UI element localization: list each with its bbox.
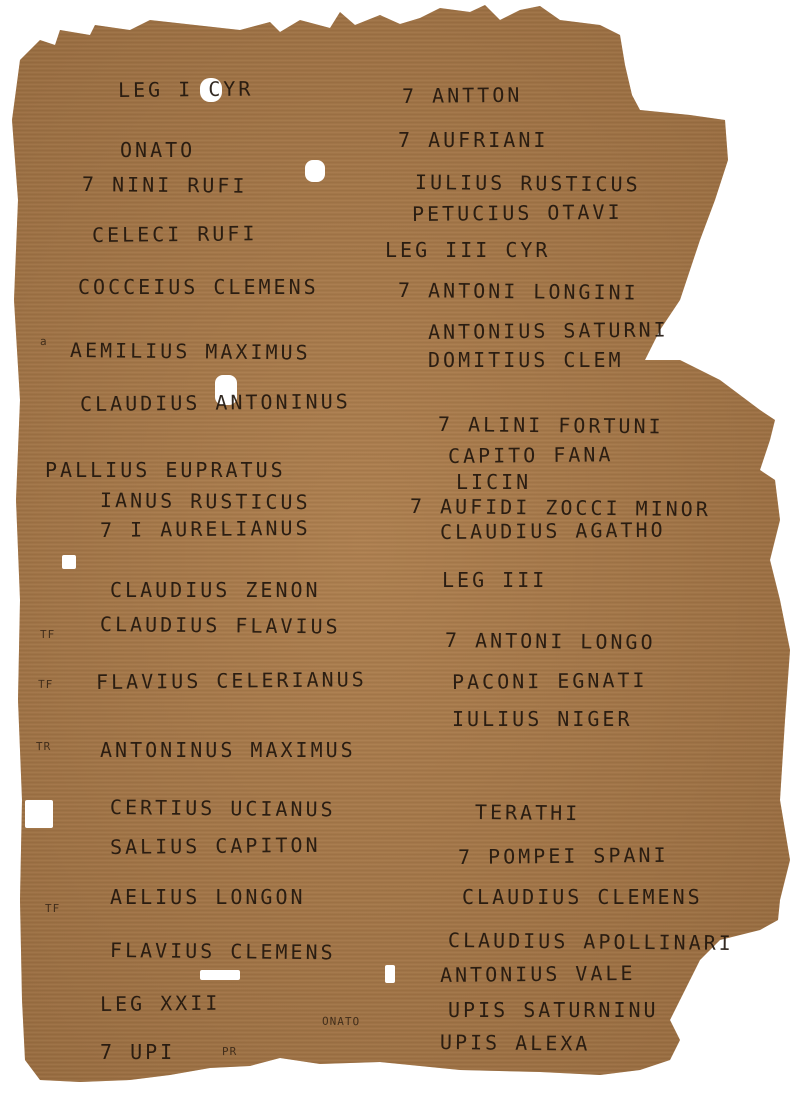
inscription-line: CLAUDIUS CLEMENS [462,885,703,909]
inscription-line: PACONI EGNATI [452,668,648,694]
inscription-line: 7 UPI [100,1040,175,1064]
papyrus-hole [385,965,395,983]
inscription-line: IULIUS RUSTICUS [415,170,641,196]
inscription-line: CELECI RUFI [92,221,258,247]
inscription-line: LICIN [456,470,531,494]
inscription-line: PR [222,1045,237,1058]
inscription-line: LEG III [442,568,547,592]
inscription-line: 7 NINI RUFI [82,172,248,198]
inscription-line: FLAVIUS CLEMENS [110,938,336,964]
inscription-line: UPIS ALEXA [440,1030,591,1056]
inscription-line: ONATO [322,1015,360,1028]
inscription-line: ANTONIUS VALE [440,961,636,987]
inscription-line: IANUS RUSTICUS [100,488,311,514]
inscription-line: FLAVIUS CELERIANUS [96,667,367,694]
inscription-line: 7 ALINI FORTUNI [438,412,664,438]
inscription-line: TF [38,678,53,691]
inscription-line: 7 ANTTON [402,83,523,108]
inscription-line: TF [45,902,60,915]
inscription-line: CAPITO FANA [448,442,614,468]
inscription-line: PETUCIUS OTAVI [412,200,623,226]
inscription-line: TR [36,740,51,753]
inscription-line: DOMITIUS CLEM [428,348,624,372]
inscription-line: CLAUDIUS APOLLINARI [448,928,734,955]
papyrus-fragment: LEG I CYRONATO7 NINI RUFICELECI RUFICOCC… [0,0,800,1100]
inscription-line: CERTIUS UCIANUS [110,795,336,821]
inscription-line: CLAUDIUS ANTONINUS [80,389,351,416]
inscription-line: TERATHI [475,800,581,825]
inscription-line: 7 POMPEI SPANI [458,843,669,869]
inscription-line: 7 ANTONI LONGINI [398,278,639,305]
inscription-line: ANTONIUS SATURNI [428,317,669,344]
inscription-line: IULIUS NIGER [452,707,633,731]
inscription-line: CLAUDIUS AGATHO [440,518,666,544]
inscription-line: 7 ANTONI LONGO [445,628,656,654]
inscription-line: SALIUS CAPITON [110,833,321,859]
inscription-line: a [40,335,48,348]
inscription-line: 7 AUFRIANI [398,128,548,152]
inscription-line: LEG I CYR [118,77,254,102]
inscription-line: ONATO [120,138,195,162]
inscription-line: CLAUDIUS ZENON [110,578,321,602]
papyrus-hole [200,970,240,980]
inscription-line: 7 AUFIDI ZOCCI MINOR [410,494,711,521]
inscription-line: CLAUDIUS FLAVIUS [100,612,341,639]
inscription-line: 7 I AURELIANUS [100,516,311,542]
inscription-line: AEMILIUS MAXIMUS [70,338,311,365]
inscription-line: PALLIUS EUPRATUS [45,458,286,482]
inscription-line: TF [40,628,55,641]
inscription-line: UPIS SATURNINU [448,998,659,1022]
inscription-line: COCCEIUS CLEMENS [78,275,319,299]
papyrus-hole [62,555,76,569]
papyrus-hole [25,800,53,828]
inscription-line: ANTONINUS MAXIMUS [100,738,356,762]
papyrus-hole [305,160,325,182]
inscription-line: AELIUS LONGON [110,885,306,909]
inscription-line: LEG III CYR [385,238,550,262]
inscription-line: LEG XXII [100,991,221,1016]
